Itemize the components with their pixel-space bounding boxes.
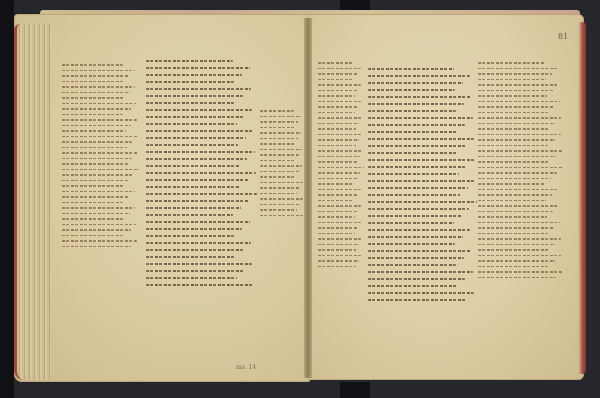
- text-line: [368, 187, 468, 189]
- text-line: [368, 159, 475, 161]
- text-line: [318, 145, 356, 147]
- text-line: [368, 166, 467, 168]
- text-line: [478, 244, 555, 246]
- text-line: [260, 187, 300, 189]
- text-line: [318, 117, 362, 119]
- text-line: [146, 207, 241, 209]
- text-line: [62, 108, 131, 110]
- text-line: [146, 277, 237, 279]
- text-line: [318, 68, 361, 70]
- text-line: [260, 176, 296, 178]
- text-line: [318, 123, 359, 125]
- text-line: [318, 238, 362, 240]
- text-line: [318, 266, 356, 268]
- text-line: [62, 152, 138, 154]
- text-line: [478, 117, 561, 119]
- text-line: [478, 178, 551, 180]
- text-line: [260, 121, 298, 123]
- text-line: [62, 147, 127, 149]
- text-line: [146, 151, 255, 153]
- text-line: [368, 222, 454, 224]
- left-main-text: [146, 60, 258, 291]
- text-line: [478, 189, 558, 191]
- text-line: [260, 127, 295, 129]
- text-line: [478, 172, 557, 174]
- text-line: [368, 89, 455, 91]
- text-line: [146, 186, 240, 188]
- text-line: [146, 235, 234, 237]
- text-line: [62, 92, 130, 94]
- text-line: [62, 97, 124, 99]
- text-line: [368, 257, 464, 259]
- text-line: [62, 158, 133, 160]
- text-line: [146, 60, 233, 62]
- text-line: [368, 285, 457, 287]
- text-line: [368, 278, 465, 280]
- text-line: [260, 132, 301, 134]
- text-line: [368, 124, 465, 126]
- text-line: [260, 198, 303, 200]
- text-line: [478, 205, 559, 207]
- text-line: [318, 200, 354, 202]
- text-line: [260, 154, 299, 156]
- text-line: [146, 88, 251, 90]
- text-line: [146, 270, 245, 272]
- text-line: [62, 202, 124, 204]
- text-line: [62, 70, 135, 72]
- text-line: [146, 172, 256, 174]
- text-line: [478, 227, 554, 229]
- text-line: [62, 81, 124, 83]
- text-line: [318, 79, 354, 81]
- text-line: [478, 73, 552, 75]
- text-line: [146, 116, 245, 118]
- text-line: [368, 180, 476, 182]
- text-line: [146, 123, 237, 125]
- text-line: [62, 130, 126, 132]
- text-line: [478, 233, 548, 235]
- text-line: [318, 101, 362, 103]
- text-line: [62, 218, 124, 220]
- text-line: [260, 215, 304, 217]
- text-line: [62, 64, 123, 66]
- left-gloss-left: [62, 64, 140, 251]
- text-line: [368, 292, 474, 294]
- text-line: [260, 143, 295, 145]
- text-line: [478, 249, 549, 251]
- text-line: [318, 178, 357, 180]
- text-line: [146, 193, 257, 195]
- text-line: [478, 123, 555, 125]
- text-line: [318, 156, 360, 158]
- text-line: [62, 119, 137, 121]
- right-gloss-left: [318, 62, 364, 271]
- text-line: [478, 95, 547, 97]
- text-line: [318, 260, 359, 262]
- text-line: [478, 106, 554, 108]
- text-line: [318, 139, 359, 141]
- text-line: [478, 255, 561, 257]
- text-line: [146, 109, 252, 111]
- text-line: [260, 204, 300, 206]
- text-line: [478, 260, 555, 262]
- text-line: [478, 216, 547, 218]
- text-line: [478, 266, 549, 268]
- text-line: [146, 144, 238, 146]
- text-line: [318, 255, 363, 257]
- text-line: [368, 68, 454, 70]
- text-line: [318, 249, 356, 251]
- text-line: [368, 194, 460, 196]
- text-line: [318, 211, 358, 213]
- text-line: [318, 167, 364, 169]
- text-line: [146, 130, 254, 132]
- text-line: [146, 165, 239, 167]
- text-line: [368, 103, 464, 105]
- text-line: [368, 229, 470, 231]
- text-line: [368, 117, 473, 119]
- text-line: [478, 211, 553, 213]
- text-line: [62, 191, 135, 193]
- text-line: [62, 174, 134, 176]
- text-line: [146, 158, 247, 160]
- text-line: [260, 193, 297, 195]
- stand-left-support: [0, 0, 14, 398]
- text-line: [318, 172, 360, 174]
- text-line: [260, 149, 302, 151]
- text-line: [318, 95, 355, 97]
- text-line: [368, 250, 471, 252]
- right-cover-edge: [578, 22, 586, 374]
- text-line: [260, 182, 303, 184]
- text-line: [478, 167, 563, 169]
- shelf-mark: ms. 14: [236, 364, 256, 371]
- text-line: [62, 246, 131, 248]
- left-gloss-right: [260, 110, 304, 220]
- text-line: [318, 227, 358, 229]
- text-line: [368, 131, 457, 133]
- text-line: [478, 156, 556, 158]
- text-line: [146, 256, 236, 258]
- text-line: [318, 90, 358, 92]
- text-line: [478, 128, 549, 130]
- text-line: [62, 141, 132, 143]
- text-line: [62, 235, 125, 237]
- text-line: [62, 196, 129, 198]
- text-line: [260, 116, 301, 118]
- text-line: [478, 134, 561, 136]
- text-line: [368, 145, 466, 147]
- text-line: [318, 112, 355, 114]
- text-line: [260, 160, 296, 162]
- text-line: [368, 243, 455, 245]
- text-line: [478, 271, 562, 273]
- text-line: [62, 86, 135, 88]
- text-line: [478, 145, 549, 147]
- text-line: [478, 150, 562, 152]
- text-line: [368, 96, 471, 98]
- text-line: [318, 128, 356, 130]
- text-line: [478, 112, 548, 114]
- text-line: [318, 233, 355, 235]
- text-line: [146, 263, 252, 265]
- text-line: [62, 169, 139, 171]
- text-line: [318, 194, 358, 196]
- text-line: [368, 236, 463, 238]
- text-line: [478, 222, 560, 224]
- text-line: [318, 244, 359, 246]
- text-line: [62, 125, 131, 127]
- text-line: [260, 165, 302, 167]
- text-line: [62, 114, 125, 116]
- text-line: [146, 214, 233, 216]
- text-line: [368, 110, 456, 112]
- text-line: [478, 68, 558, 70]
- text-line: [478, 277, 556, 279]
- text-line: [62, 185, 123, 187]
- text-line: [62, 207, 135, 209]
- text-line: [146, 102, 236, 104]
- text-line: [318, 161, 357, 163]
- text-line: [318, 73, 358, 75]
- text-line: [62, 240, 137, 242]
- text-line: [146, 284, 254, 286]
- text-line: [478, 62, 545, 64]
- text-line: [318, 189, 361, 191]
- text-line: [146, 95, 243, 97]
- text-line: [62, 229, 131, 231]
- text-line: [260, 110, 294, 112]
- text-line: [318, 134, 363, 136]
- text-line: [260, 138, 298, 140]
- text-line: [478, 79, 546, 81]
- text-line: [368, 75, 470, 77]
- text-line: [318, 205, 361, 207]
- text-line: [62, 75, 129, 77]
- folio-number: 81: [558, 32, 568, 41]
- text-line: [478, 139, 555, 141]
- text-line: [368, 299, 466, 301]
- page-edges-stack: [14, 24, 51, 380]
- text-line: [146, 81, 234, 83]
- text-line: [260, 209, 297, 211]
- text-line: [62, 213, 130, 215]
- text-line: [62, 180, 128, 182]
- text-line: [368, 208, 469, 210]
- text-line: [368, 215, 462, 217]
- text-line: [146, 249, 243, 251]
- text-line: [146, 228, 242, 230]
- stand-clip-bottom: [340, 382, 370, 398]
- text-line: [368, 201, 477, 203]
- text-line: [478, 183, 545, 185]
- text-line: [318, 106, 358, 108]
- text-line: [368, 82, 463, 84]
- text-line: [368, 264, 456, 266]
- text-line: [146, 179, 248, 181]
- text-line: [478, 161, 550, 163]
- text-line: [318, 216, 355, 218]
- text-line: [368, 173, 459, 175]
- text-line: [62, 163, 128, 165]
- text-line: [318, 183, 354, 185]
- text-line: [62, 103, 136, 105]
- text-line: [478, 200, 546, 202]
- text-line: [62, 224, 136, 226]
- text-line: [318, 62, 354, 64]
- right-main-text: [368, 68, 478, 306]
- right-gloss-right: [478, 62, 564, 282]
- text-line: [368, 152, 458, 154]
- text-line: [478, 194, 552, 196]
- text-line: [146, 200, 249, 202]
- text-line: [62, 136, 138, 138]
- text-line: [368, 138, 474, 140]
- text-line: [146, 242, 251, 244]
- text-line: [146, 67, 250, 69]
- text-line: [318, 222, 362, 224]
- text-line: [478, 101, 560, 103]
- text-line: [478, 238, 561, 240]
- text-line: [478, 90, 553, 92]
- text-line: [478, 84, 559, 86]
- text-line: [318, 84, 361, 86]
- text-line: [146, 137, 246, 139]
- text-line: [146, 221, 250, 223]
- text-line: [260, 171, 299, 173]
- book-gutter: [304, 18, 312, 378]
- text-line: [318, 150, 363, 152]
- text-line: [146, 74, 242, 76]
- text-line: [368, 271, 473, 273]
